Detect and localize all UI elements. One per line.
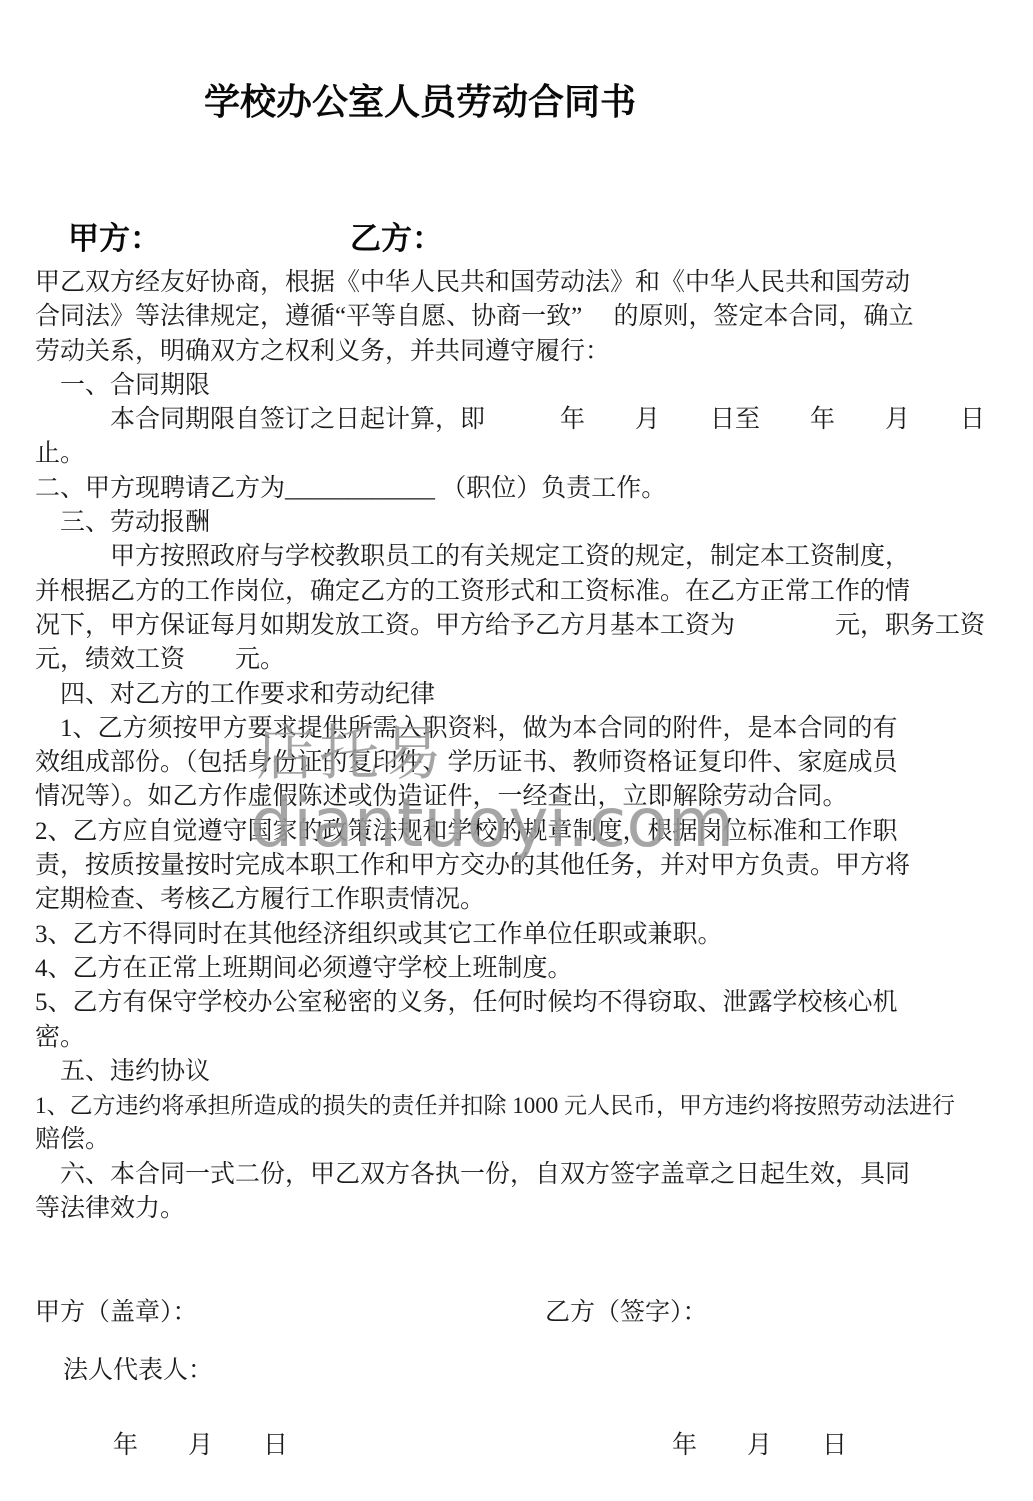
contract-line: 元，绩效工资 元。	[35, 643, 1010, 677]
contract-line: 等法律效力。	[35, 1192, 1010, 1226]
date-line-party-a: 年 月 日	[113, 1425, 288, 1461]
contract-line: 4、乙方在正常上班期间必须遵守学校上班制度。	[35, 952, 1010, 986]
contract-line: 止。	[35, 437, 1010, 471]
signature-party-b-sign-label: 乙方（签字）：	[545, 1292, 708, 1328]
contract-line: 责，按质按量按时完成本职工作和甲方交办的其他任务，并对甲方负责。甲方将	[35, 849, 1010, 883]
contract-line: 并根据乙方的工作岗位，确定乙方的工资形式和工资标准。在乙方正常工作的情	[35, 575, 1010, 609]
contract-line: 2、乙方应自觉遵守国家的政策法规和学校的规章制度，根据岗位标准和工作职	[35, 815, 1010, 849]
contract-line: 甲乙双方经友好协商，根据《中华人民共和国劳动法》和《中华人民共和国劳动	[35, 266, 1010, 300]
contract-line: 二、甲方现聘请乙方为____________ （职位）负责工作。	[35, 472, 1010, 506]
contract-body: 甲乙双方经友好协商，根据《中华人民共和国劳动法》和《中华人民共和国劳动合同法》等…	[35, 266, 1010, 1226]
contract-line: 密。	[35, 1021, 1010, 1055]
signature-party-a-seal-label: 甲方（盖章）：	[35, 1292, 198, 1328]
party-b-label: 乙方：	[350, 213, 443, 258]
contract-line: 5、乙方有保守学校办公室秘密的义务，任何时候均不得窃取、泄露学校核心机	[35, 986, 1010, 1020]
legal-representative-label: 法人代表人：	[63, 1350, 213, 1386]
contract-line: 甲方按照政府与学校教职员工的有关规定工资的规定，制定本工资制度，	[35, 540, 1010, 574]
contract-line: 效组成部份。（包括身份证的复印件、学历证书、教师资格证复印件、家庭成员	[35, 746, 1010, 780]
contract-line: 1、乙方须按甲方要求提供所需入职资料，做为本合同的附件，是本合同的有	[35, 712, 1010, 746]
contract-line: 3、乙方不得同时在其他经济组织或其它工作单位任职或兼职。	[35, 918, 1010, 952]
contract-page: 学校办公室人员劳动合同书 甲方： 乙方： 甲乙双方经友好协商，根据《中华人民共和…	[0, 0, 1033, 1501]
parties-row: 甲方： 乙方：	[0, 213, 1033, 255]
contract-line: 本合同期限自签订之日起计算，即 年 月 日至 年 月 日	[35, 403, 1010, 437]
contract-line: 六、本合同一式二份，甲乙双方各执一份，自双方签字盖章之日起生效，具同	[35, 1158, 1010, 1192]
contract-line: 定期检查、考核乙方履行工作职责情况。	[35, 883, 1010, 917]
contract-line: 劳动关系，明确双方之权利义务，并共同遵守履行：	[35, 335, 1010, 369]
contract-line: 1、乙方违约将承担所造成的损失的责任并扣除 1000 元人民币，甲方违约将按照劳…	[35, 1089, 1010, 1123]
contract-line: 一、合同期限	[35, 369, 1010, 403]
contract-line: 情况等）。如乙方作虚假陈述或伪造证件，一经查出，立即解除劳动合同。	[35, 780, 1010, 814]
contract-line: 三、劳动报酬	[35, 506, 1010, 540]
contract-line: 况下，甲方保证每月如期发放工资。甲方给予乙方月基本工资为 元，职务工资	[35, 609, 1010, 643]
date-line-party-b: 年 月 日	[672, 1425, 847, 1461]
party-a-label: 甲方：	[68, 213, 161, 258]
contract-line: 合同法》等法律规定，遵循“平等自愿、协商一致” 的原则，签定本合同，确立	[35, 300, 1010, 334]
contract-line: 赔偿。	[35, 1123, 1010, 1157]
contract-line: 五、违约协议	[35, 1055, 1010, 1089]
contract-line: 四、对乙方的工作要求和劳动纪律	[35, 678, 1010, 712]
page-title: 学校办公室人员劳动合同书	[204, 74, 636, 125]
